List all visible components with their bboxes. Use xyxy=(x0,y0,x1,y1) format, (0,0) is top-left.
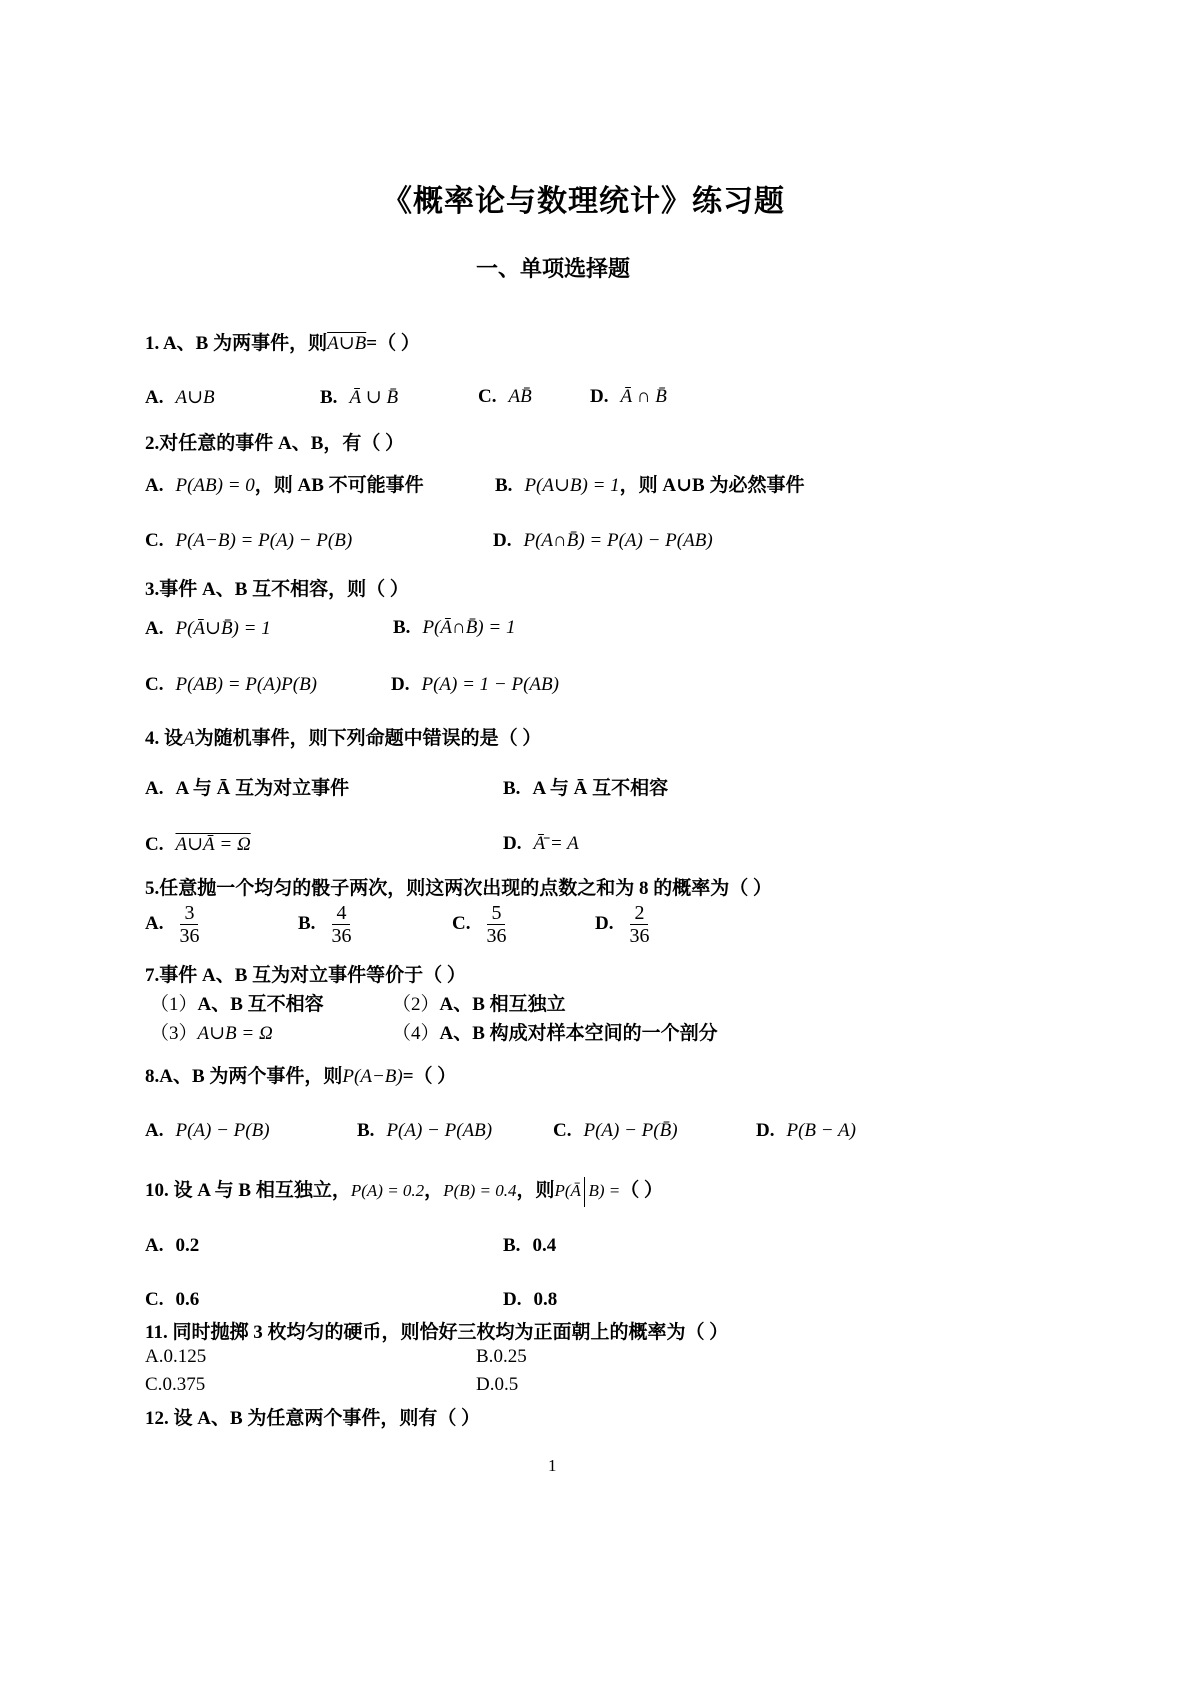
question-11-option-b: B.0.25 xyxy=(476,1346,527,1368)
question-7-option-4: （4）A、B 构成对样本空间的一个剖分 xyxy=(392,1018,718,1045)
union-overline-expr: A∪B xyxy=(327,333,366,354)
question-1-option-c: C.AB̄ xyxy=(478,386,532,408)
question-7-option-2: （2）A、B 相互独立 xyxy=(392,989,566,1016)
question-11-option-a: A.0.125 xyxy=(145,1346,206,1368)
question-2-stem: 2.对任意的事件 A、B，有（ ） xyxy=(145,428,404,455)
question-5-stem: 5.任意抛一个均匀的骰子两次，则这两次出现的点数之和为 8 的概率为（ ） xyxy=(145,873,772,900)
question-5-option-c: C.536 xyxy=(452,902,510,947)
question-7-stem: 7.事件 A、B 互为对立事件等价于（ ） xyxy=(145,960,466,987)
page-title: 《概率论与数理统计》练习题 xyxy=(382,176,785,220)
question-2-option-c: C.P(A−B) = P(A) − P(B) xyxy=(145,530,352,552)
question-1-option-d: D.Ā ∩ B̄ xyxy=(590,386,667,408)
section-heading: 一、单项选择题 xyxy=(476,252,630,283)
question-8-option-a: A.P(A) − P(B) xyxy=(145,1120,270,1142)
question-7-option-1: （1）A、B 互不相容 xyxy=(150,989,324,1016)
question-7-option-3: （3）A∪B = Ω xyxy=(150,1018,273,1045)
question-10-option-a: A.0.2 xyxy=(145,1235,199,1257)
question-2-option-a: A.P(AB) = 0，则 AB 不可能事件 xyxy=(145,470,424,497)
question-10-option-b: B.0.4 xyxy=(503,1235,556,1257)
question-4-stem: 4. 设A为随机事件，则下列命题中错误的是（ ） xyxy=(145,723,541,750)
question-5-option-b: B.436 xyxy=(298,902,355,947)
question-12-stem: 12. 设 A、B 为任意两个事件，则有（ ） xyxy=(145,1403,480,1430)
question-8-option-c: C.P(A) − P(B̄) xyxy=(553,1120,678,1142)
question-10-option-c: C.0.6 xyxy=(145,1289,199,1311)
question-8-option-d: D.P(B − A) xyxy=(756,1120,856,1142)
question-2-option-b: B.P(A∪B) = 1，则 A∪B 为必然事件 xyxy=(495,470,804,497)
question-3-stem: 3.事件 A、B 互不相容，则（ ） xyxy=(145,574,409,601)
question-2-option-d: D.P(A∩B̄) = P(A) − P(AB) xyxy=(493,530,713,552)
question-3-option-d: D.P(A) = 1 − P(AB) xyxy=(391,674,559,696)
question-4-option-d: D.Ā̄ = A xyxy=(503,833,579,855)
question-3-option-b: B.P(Ā∩B̄) = 1 xyxy=(393,617,515,639)
question-5-option-d: D.236 xyxy=(595,902,653,947)
question-1-stem: 1. A、B 为两事件，则A∪B=（ ） xyxy=(145,328,420,355)
question-3-option-c: C.P(AB) = P(A)P(B) xyxy=(145,674,317,696)
question-11-option-d: D.0.5 xyxy=(476,1374,518,1396)
question-4-option-b: B.A 与 Ā 互不相容 xyxy=(503,773,668,800)
question-4-option-a: A.A 与 Ā 互为对立事件 xyxy=(145,773,349,800)
question-8-option-b: B.P(A) − P(AB) xyxy=(357,1120,492,1142)
conditional-bar xyxy=(584,1177,586,1207)
question-5-option-a: A.336 xyxy=(145,902,203,947)
question-11-option-c: C.0.375 xyxy=(145,1374,205,1396)
question-3-option-a: A.P(Ā∪B̄) = 1 xyxy=(145,617,271,640)
question-4-option-c: C.A∪Ā = Ω xyxy=(145,833,251,856)
question-1-option-b: B.Ā ∪ B̄ xyxy=(320,386,398,409)
page-number: 1 xyxy=(548,1456,557,1476)
question-10-option-d: D.0.8 xyxy=(503,1289,557,1311)
question-11-stem: 11. 同时抛掷 3 枚均匀的硬币，则恰好三枚均为正面朝上的概率为（ ） xyxy=(145,1317,728,1344)
question-8-stem: 8.A、B 为两个事件，则P(A−B)=（ ） xyxy=(145,1061,456,1088)
question-10-stem: 10. 设 A 与 B 相互独立，P(A) = 0.2，P(B) = 0.4，则… xyxy=(145,1175,663,1207)
question-1-option-a: A.A∪B xyxy=(145,386,215,409)
